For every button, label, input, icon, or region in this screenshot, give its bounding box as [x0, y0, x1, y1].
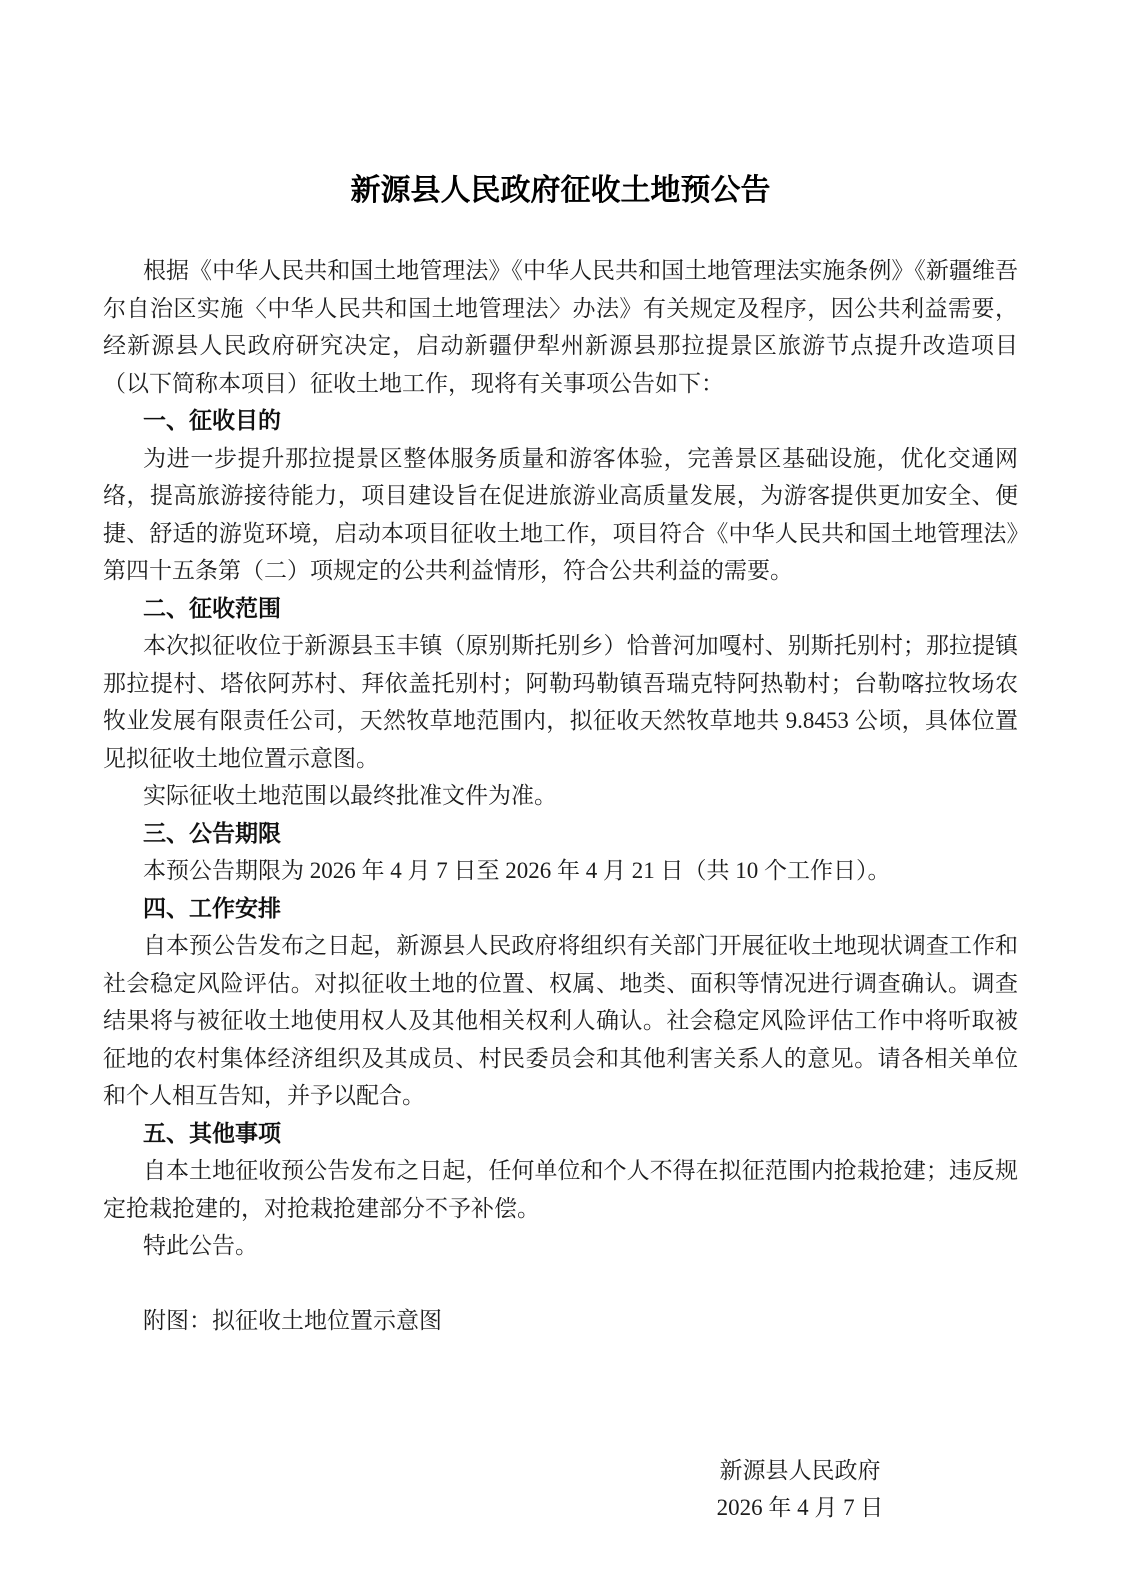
signature-block: 新源县人民政府 2026 年 4 月 7 日 — [650, 1452, 950, 1527]
section-1-paragraph: 为进一步提升那拉提景区整体服务质量和游客体验，完善景区基础设施，优化交通网络，提… — [103, 440, 1018, 590]
section-3-heading: 三、公告期限 — [103, 815, 1018, 853]
signature-issuer: 新源县人民政府 — [650, 1452, 950, 1490]
section-2-heading: 二、征收范围 — [103, 590, 1018, 628]
section-4-heading: 四、工作安排 — [103, 890, 1018, 928]
section-5-paragraph: 自本土地征收预公告发布之日起，任何单位和个人不得在拟征范围内抢栽抢建；违反规定抢… — [103, 1152, 1018, 1227]
closing-paragraph: 特此公告。 — [103, 1227, 1018, 1265]
attachment-note: 附图：拟征收土地位置示意图 — [103, 1302, 1018, 1340]
document-page: 新源县人民政府征收土地预公告 根据《中华人民共和国土地管理法》《中华人民共和国土… — [0, 0, 1122, 1587]
section-4-paragraph: 自本预公告发布之日起，新源县人民政府将组织有关部门开展征收土地现状调查工作和社会… — [103, 927, 1018, 1115]
intro-paragraph: 根据《中华人民共和国土地管理法》《中华人民共和国土地管理法实施条例》《新疆维吾尔… — [103, 252, 1018, 402]
section-5-heading: 五、其他事项 — [103, 1115, 1018, 1153]
section-3-paragraph: 本预公告期限为 2026 年 4 月 7 日至 2026 年 4 月 21 日（… — [103, 852, 1018, 890]
section-2-paragraph-2: 实际征收土地范围以最终批准文件为准。 — [103, 777, 1018, 815]
section-2-paragraph-1: 本次拟征收位于新源县玉丰镇（原别斯托别乡）恰普河加嘎村、别斯托别村；那拉提镇那拉… — [103, 627, 1018, 777]
section-1-heading: 一、征收目的 — [103, 402, 1018, 440]
document-title: 新源县人民政府征收土地预公告 — [103, 174, 1018, 208]
signature-date: 2026 年 4 月 7 日 — [650, 1489, 950, 1527]
